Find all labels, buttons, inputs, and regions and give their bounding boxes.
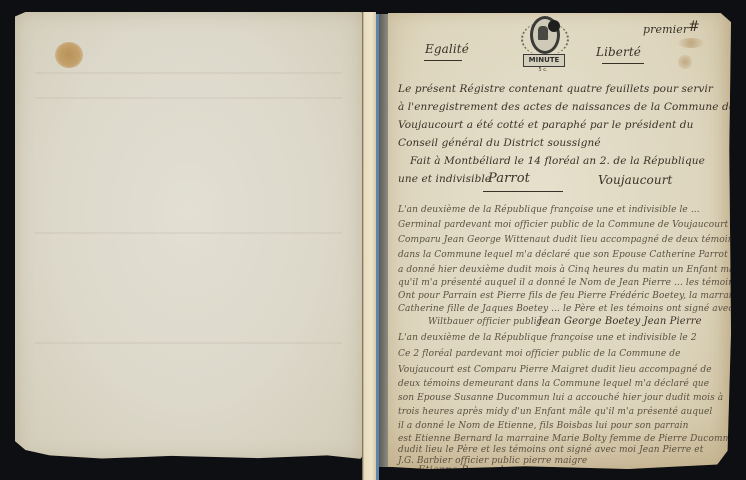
page-gutter bbox=[362, 12, 376, 480]
commune-name: Voujaucourt bbox=[598, 173, 672, 187]
bleed-through-line bbox=[35, 342, 342, 344]
entry-line: trois heures après midy d'un Enfant mâle… bbox=[398, 407, 712, 417]
entry-line: il a donné le Nom de Etienne, fils Boisb… bbox=[398, 421, 689, 431]
entry-line: qu'il m'a présenté auquel il a donné le … bbox=[398, 278, 739, 288]
entry-line: L'an deuxième de la République françoise… bbox=[398, 205, 700, 215]
entry-line: Comparu Jean George Wittenaut dudit lieu… bbox=[398, 235, 746, 245]
bleed-through-line bbox=[35, 97, 342, 99]
preamble-line: une et indivisible bbox=[398, 173, 491, 185]
entry-line: Catherine fille de Jaques Boetey ... le … bbox=[398, 304, 746, 314]
entry-line: Ont pour Parrain est Pierre fils de feu … bbox=[398, 291, 743, 301]
stamp-sub: 5 c. bbox=[531, 67, 555, 73]
entry-signatures: Jean George Boetey Jean Pierre bbox=[538, 316, 702, 327]
minute-stamp: MINUTE 5 c. bbox=[521, 16, 565, 76]
entry-line: deux témoins demeurant dans la Commune l… bbox=[398, 379, 709, 389]
signature-flourish bbox=[483, 191, 563, 192]
folio-mark: premier bbox=[643, 23, 688, 36]
entry-line: est Etienne Bernard la marraine Marie Bo… bbox=[398, 434, 743, 444]
entry-line: Germinal pardevant moi officier public d… bbox=[398, 220, 740, 230]
flourish bbox=[602, 63, 644, 64]
document-scan: MINUTE 5 c. premier # Egalité Liberté Le… bbox=[0, 0, 746, 480]
stamp-label: MINUTE bbox=[523, 54, 565, 67]
entry-line: Ce 2 floréal pardevant moi officier publ… bbox=[398, 349, 681, 359]
preamble-line: à l'enregistrement des actes de naissanc… bbox=[398, 101, 735, 113]
stamp-figure-icon bbox=[538, 26, 548, 40]
paper-stain bbox=[678, 38, 704, 48]
bleed-through-line bbox=[35, 72, 342, 74]
paper-stain bbox=[678, 55, 692, 69]
preamble-line: Le présent Régistre contenant quatre feu… bbox=[398, 83, 713, 95]
entry-line: L'an deuxième de la République françoise… bbox=[398, 333, 697, 343]
right-page-register: MINUTE 5 c. premier # Egalité Liberté Le… bbox=[388, 13, 731, 469]
entry-line: Wiltbauer officier public bbox=[428, 317, 542, 327]
entry-line: dans la Commune lequel m'a déclaré que s… bbox=[398, 250, 743, 260]
signature: Parrot bbox=[488, 171, 530, 186]
bleed-through-line bbox=[35, 232, 342, 234]
entry-line: son Epouse Susanne Ducommun lui a accouc… bbox=[398, 393, 723, 403]
motto-liberte: Liberté bbox=[596, 45, 641, 59]
preamble-line: Voujaucourt a été cotté et paraphé par l… bbox=[398, 119, 693, 131]
water-stain bbox=[55, 42, 83, 68]
left-page-blank bbox=[15, 12, 362, 459]
entry-line: a donné hier deuxième dudit mois à Cinq … bbox=[398, 265, 743, 275]
entry-line: dudit lieu le Père et les témoins ont si… bbox=[398, 445, 703, 455]
preamble-line: Fait à Montbéliard le 14 floréal an 2. d… bbox=[410, 155, 705, 167]
ink-blot bbox=[548, 20, 560, 32]
preamble-line: Conseil général du District soussigné bbox=[398, 137, 601, 149]
motto-egalite: Egalité bbox=[425, 42, 469, 56]
folio-hash-mark: # bbox=[688, 19, 700, 35]
flourish bbox=[424, 60, 462, 61]
entry-line: Voujaucourt est Comparu Pierre Maigret d… bbox=[398, 365, 712, 375]
entry-line: Etienne Bernard bbox=[418, 465, 504, 476]
